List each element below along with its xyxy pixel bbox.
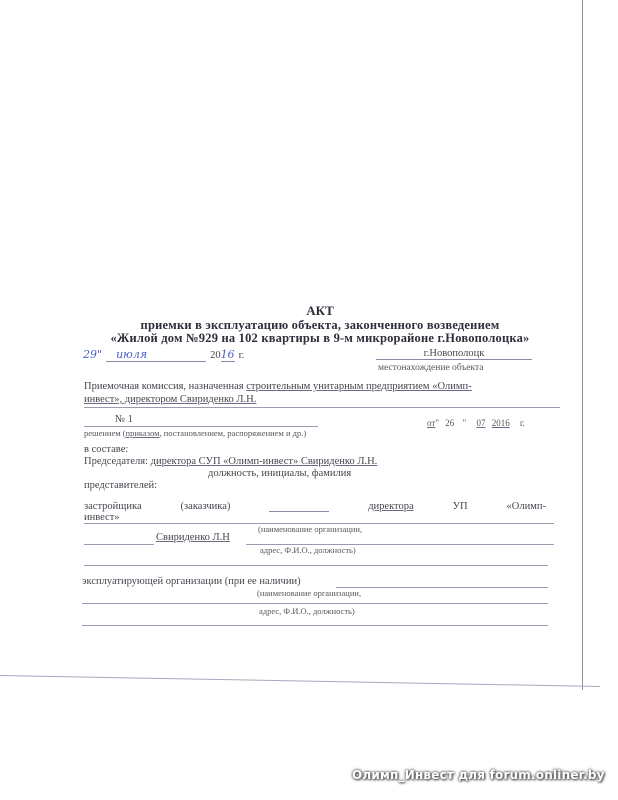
chairman-caption: должность, инициалы, фамилия <box>208 468 351 479</box>
composition-label: в составе: <box>84 444 128 455</box>
chairman-label: Председателя: <box>84 456 148 467</box>
developer-value-line-2: инвест» <box>84 512 120 523</box>
commission-underline <box>84 407 560 408</box>
date-year-suffix: г. <box>239 350 245 361</box>
date-year: 16 <box>221 348 235 362</box>
developer-value-2: УП <box>453 501 468 512</box>
document-title: АКТ <box>0 303 618 319</box>
chairman-value: директора СУП «Олимп-инвест» Свириденко … <box>151 456 378 467</box>
decision-number: № 1 <box>115 414 133 425</box>
developer-label-1: застройщика <box>84 501 142 512</box>
developer-label-2: (заказчика) <box>181 501 231 512</box>
commission-appointed-by-1: строительным унитарным предприятием «Оли… <box>246 381 471 392</box>
developer-name-leader <box>84 544 154 545</box>
decision-caption: решением (приказом, постановлением, расп… <box>84 428 306 438</box>
page-bottom-edge <box>0 675 600 687</box>
operator-caption-1: (наименование организации, <box>257 588 361 598</box>
commission-line-1: Приемочная комиссия, назначенная строите… <box>84 381 560 392</box>
operator-underline-3 <box>82 625 548 626</box>
developer-value-3: «Олимп- <box>507 501 546 512</box>
decision-year-suffix: г. <box>520 418 525 428</box>
location-value: г.Новополоцк <box>376 348 532 360</box>
date-year-prefix: 20 <box>210 350 221 361</box>
decision-year: 2016 <box>492 418 510 428</box>
location-caption: местонахождение объекта <box>378 363 483 373</box>
operator-underline-2 <box>82 603 548 604</box>
operator-label: эксплуатирующей организации (при ее нали… <box>82 576 301 587</box>
operator-caption-2: адрес, Ф.И.О., должность) <box>259 606 355 616</box>
date-month: июля <box>106 348 206 362</box>
decision-day: 26 <box>445 418 454 428</box>
decision-month: 07 <box>476 418 485 428</box>
developer-caption-1: (наименование организации, <box>258 524 362 534</box>
chairman-row: Председателя: директора СУП «Олимп-инвес… <box>84 456 377 467</box>
decision-date: от" 26 " 07 2016 г. <box>427 418 525 428</box>
act-date: 29" июля 2016 г. <box>83 345 244 363</box>
document-subtitle-2: «Жилой дом №929 на 102 квартиры в 9-м ми… <box>0 331 618 346</box>
decision-underline <box>84 426 318 427</box>
developer-name: Свириденко Л.Н <box>156 532 230 543</box>
developer-row: застройщика (заказчика) директора УП «Ол… <box>84 501 546 512</box>
watermark: Олимп_Инвест для forum.onliner.by <box>352 768 605 782</box>
date-day: 29 <box>83 348 97 361</box>
commission-lead: Приемочная комиссия, назначенная <box>84 381 244 392</box>
developer-value-1: директора <box>368 501 413 512</box>
commission-appointed-by-2: инвест», директором Свириденко Л.Н. <box>84 394 256 405</box>
developer-caption-2: адрес, Ф.И.О., должность) <box>260 545 356 555</box>
representatives-label: представителей: <box>84 480 157 491</box>
developer-underline-3 <box>84 565 548 566</box>
operator-underline-1 <box>336 587 548 588</box>
